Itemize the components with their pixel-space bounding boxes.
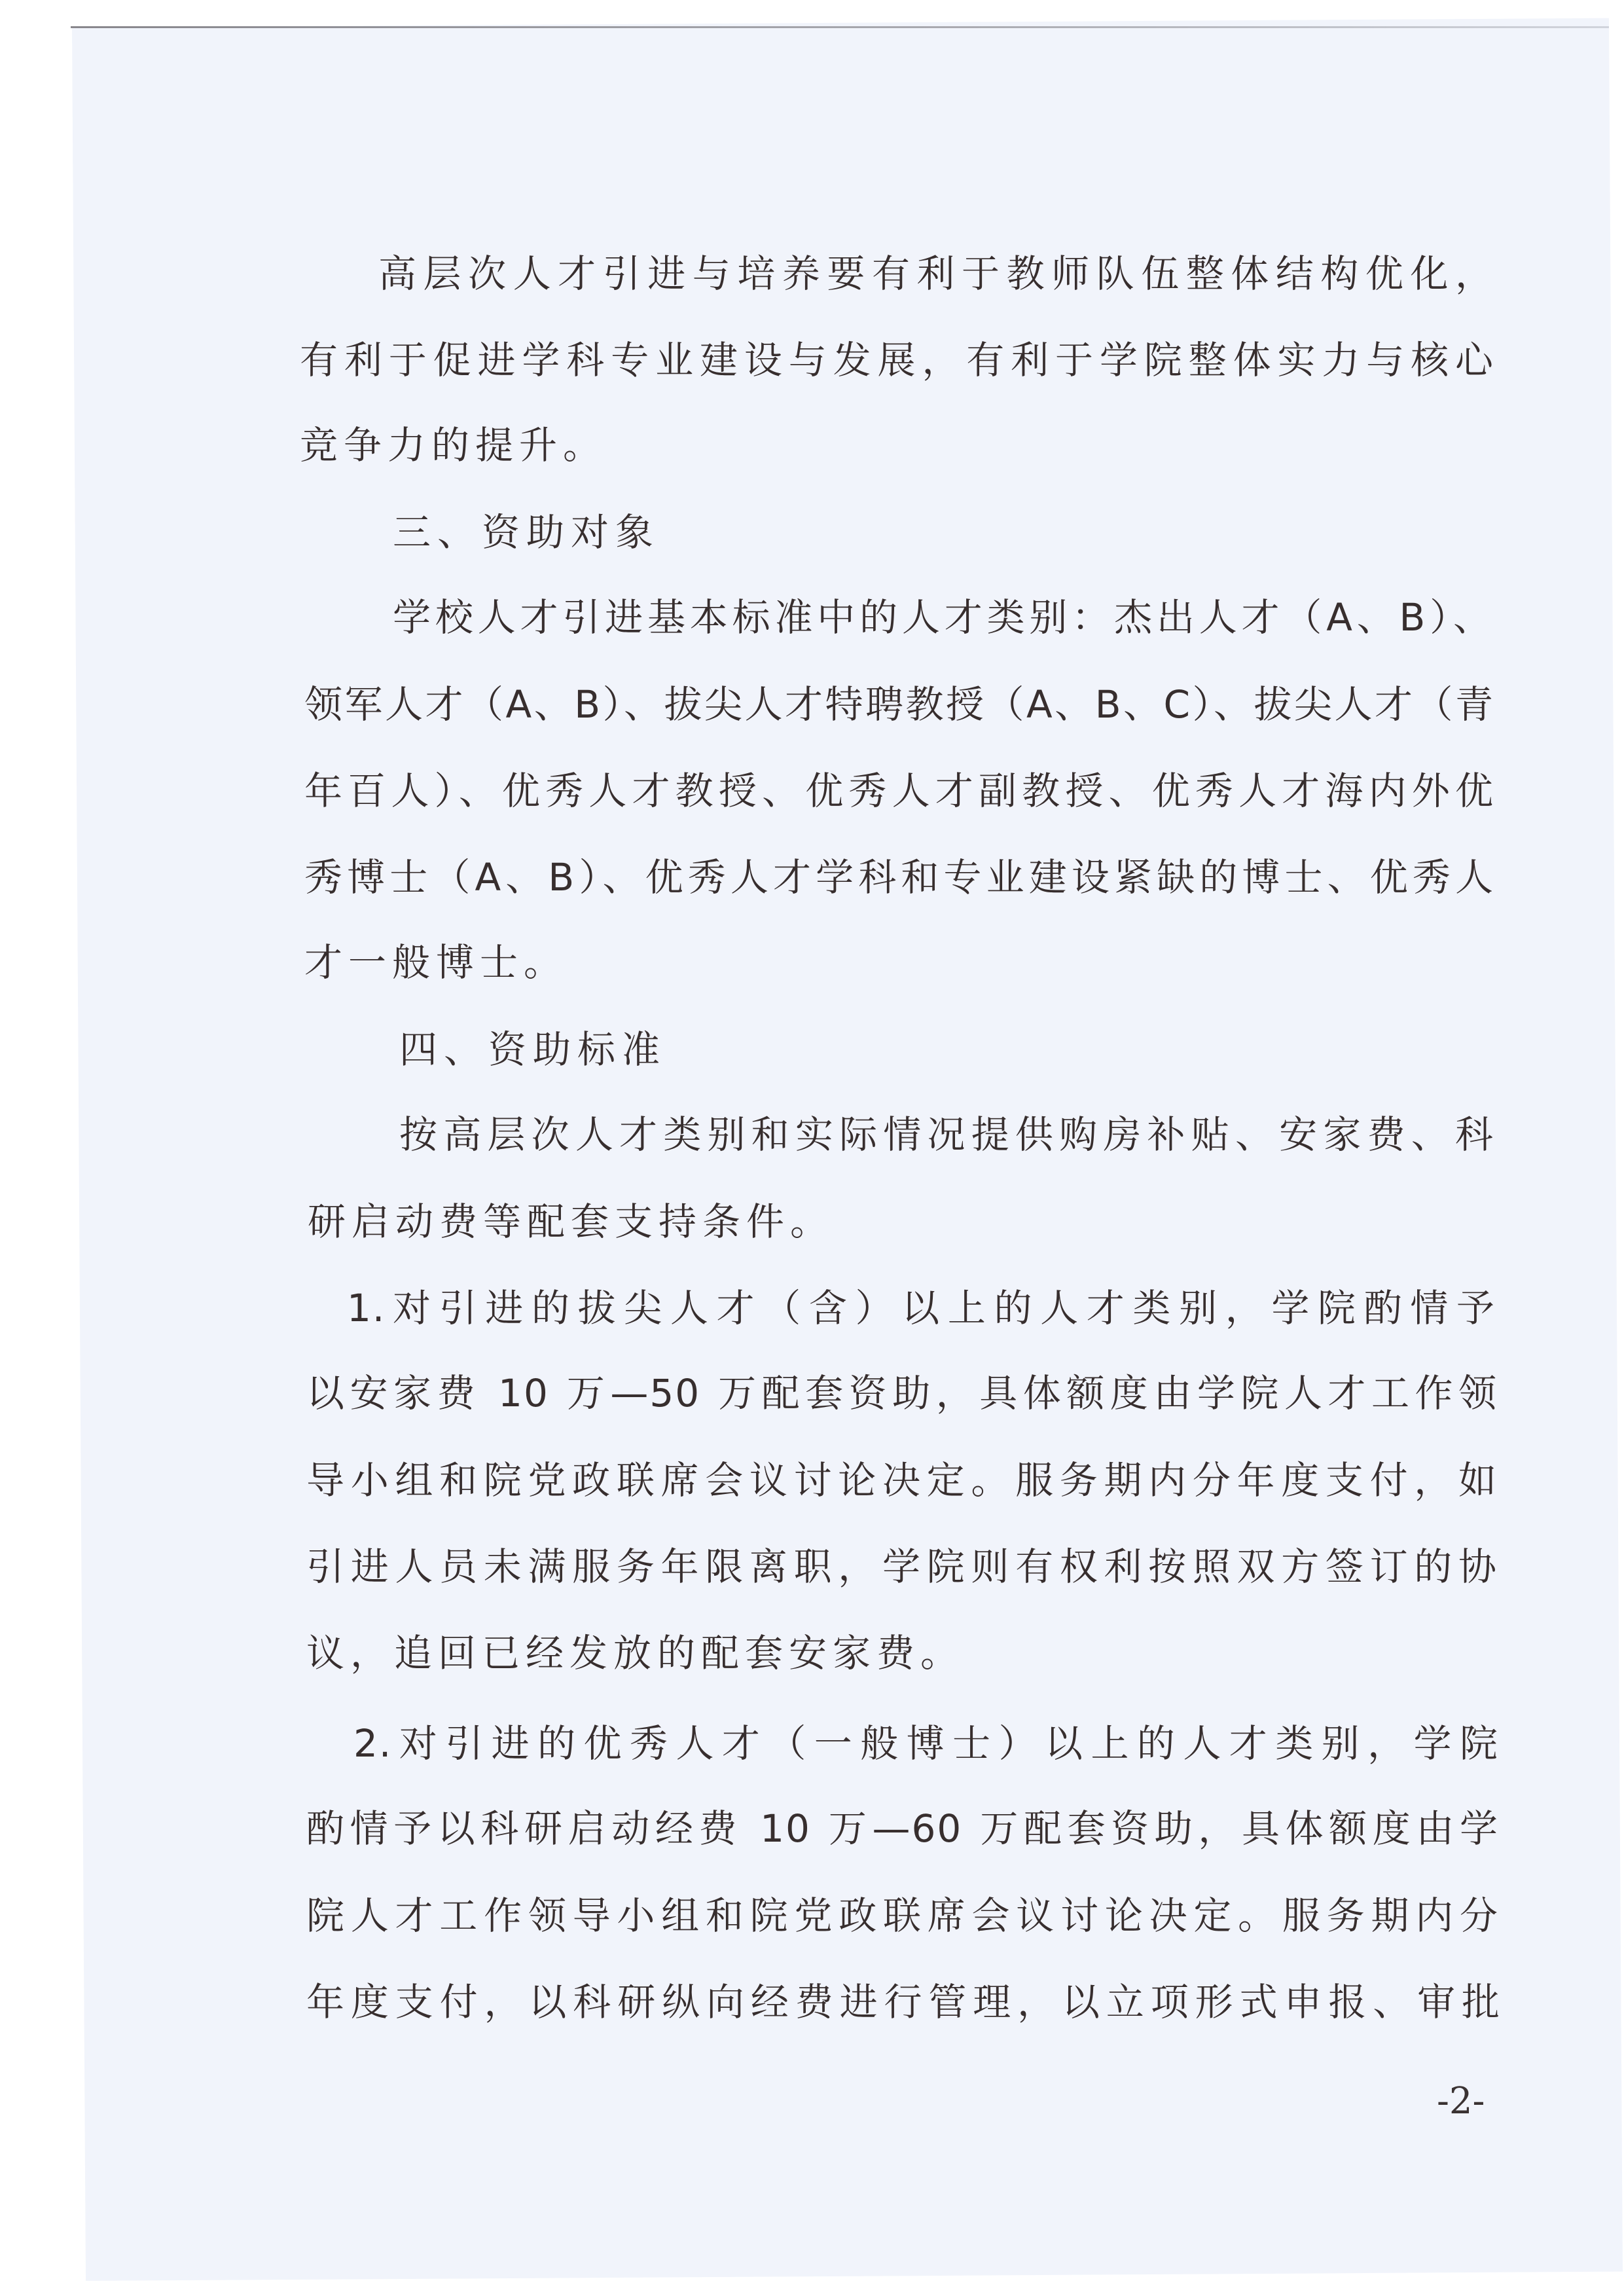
paper-top-edge: [71, 26, 1609, 28]
paragraph-line-11: 按高层次人才类别和实际情况提供购房补贴、安家费、科: [399, 1112, 1494, 1157]
list-item-2-line-4: 年度支付，以科研纵向经费进行管理，以立项形式申报、审批: [306, 1979, 1501, 2025]
paragraph-line-1: 高层次人才引进与培养要有利于教师队伍整体结构优化，: [378, 251, 1494, 297]
paragraph-line-5: 学校人才引进基本标准中的人才类别：杰出人才（A、B）、: [393, 594, 1492, 640]
list-item-1-line-4: 引进人员未满服务年限离职，学院则有权利按照双方签订的协: [306, 1544, 1498, 1590]
section-heading-3: 三、资助对象: [393, 509, 720, 555]
paragraph-line-3: 竞争力的提升。: [300, 422, 627, 468]
list-item-2-line-2: 酌情予以科研启动经费 10 万—60 万配套资助，具体额度由学: [306, 1806, 1499, 1851]
paragraph-line-9: 才一般博士。: [304, 939, 599, 985]
paragraph-line-6: 领军人才（A、B）、拔尖人才特聘教授（A、B、C）、拔尖人才（青: [304, 682, 1494, 727]
list-item-2-line-3: 院人才工作领导小组和院党政联席会议讨论决定。服务期内分: [306, 1893, 1499, 1939]
list-item-1-line-3: 导小组和院党政联席会议讨论决定。服务期内分年度支付，如: [306, 1457, 1498, 1503]
list-item-1-line-2: 以安家费 10 万—50 万配套资助，具体额度由学院人才工作领: [306, 1370, 1498, 1416]
list-item-1-line-5: 议，追回已经发放的配套安家费。: [306, 1630, 974, 1676]
paragraph-line-7: 年百人）、优秀人才教授、优秀人才副教授、优秀人才海内外优: [304, 768, 1494, 814]
section-heading-4: 四、资助标准: [399, 1027, 727, 1072]
page-number: -2-: [1437, 2082, 1485, 2121]
paragraph-line-2: 有利于促进学科专业建设与发展，有利于学院整体实力与核心: [300, 337, 1494, 383]
list-item-1-line-1: 1.对引进的拔尖人才（含）以上的人才类别，学院酌情予: [347, 1285, 1496, 1331]
list-item-2-line-1: 2.对引进的优秀人才（一般博士）以上的人才类别，学院: [353, 1721, 1499, 1766]
paragraph-line-12: 研启动费等配套支持条件。: [308, 1199, 864, 1245]
paragraph-line-8: 秀博士（A、B）、优秀人才学科和专业建设紧缺的博士、优秀人: [304, 854, 1494, 900]
